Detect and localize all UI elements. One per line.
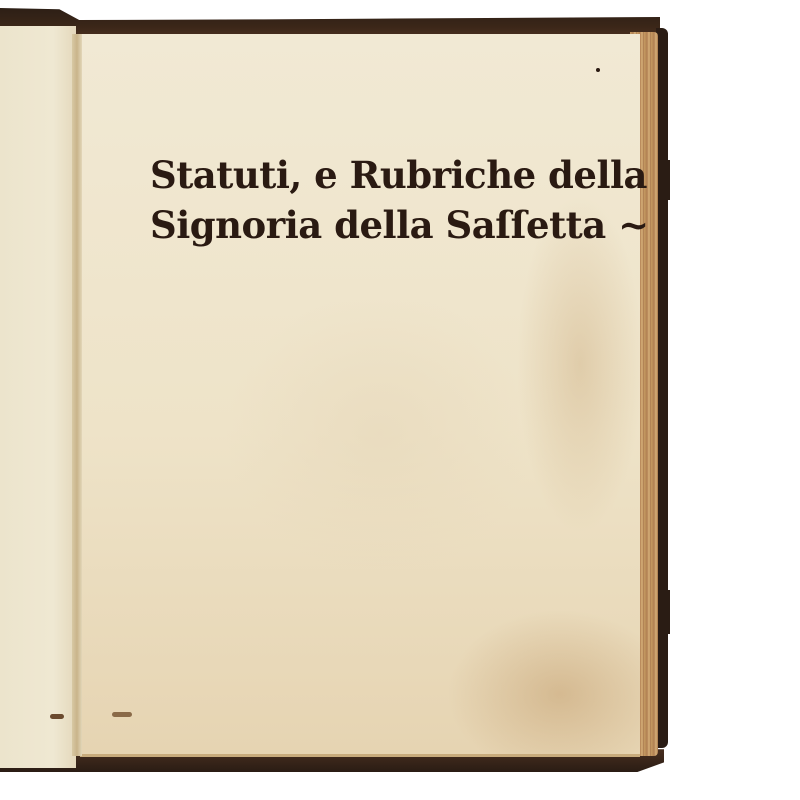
manuscript-book: Statuti, e Rubriche della Signoria della… <box>0 0 800 800</box>
worm-hole <box>112 712 132 717</box>
clasp-lower <box>664 590 670 634</box>
book-gutter <box>72 34 82 756</box>
title-line-1: Statuti, e Rubriche della <box>150 150 630 200</box>
clasp-upper <box>664 160 670 200</box>
left-page <box>0 26 76 768</box>
title-page <box>80 34 640 757</box>
worm-hole <box>50 714 64 719</box>
ink-spot <box>596 68 600 72</box>
title-line-2: Signoria della Saſſetta ~ <box>150 200 630 250</box>
manuscript-title: Statuti, e Rubriche della Signoria della… <box>150 150 630 250</box>
